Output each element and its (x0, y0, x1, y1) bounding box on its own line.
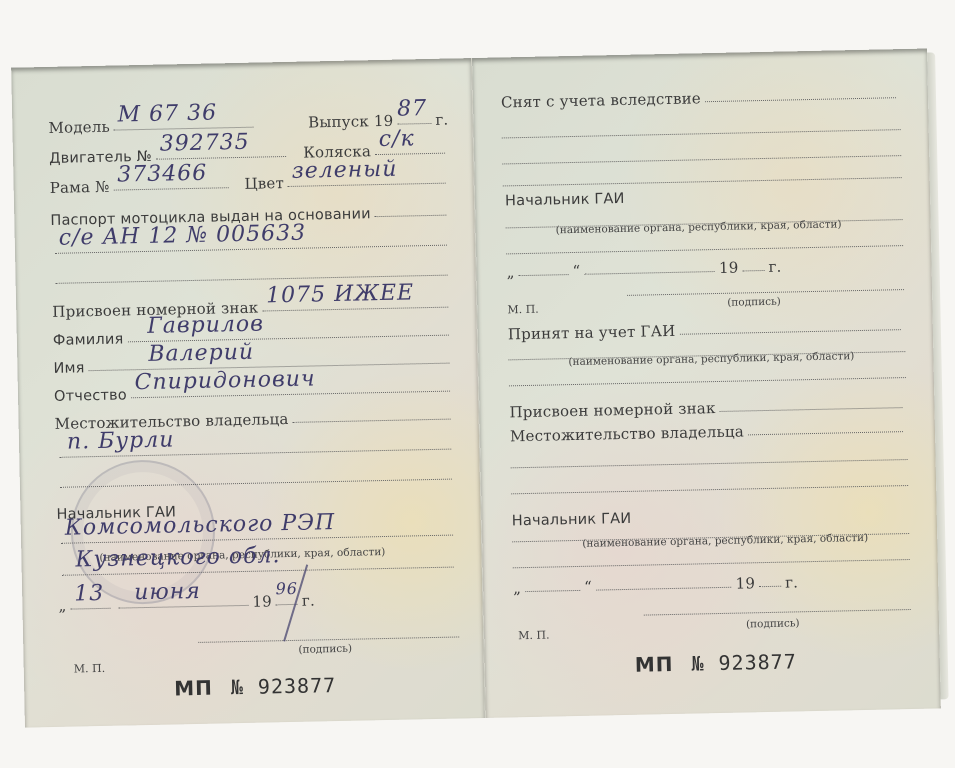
serial-series: МП (635, 652, 674, 677)
day-field (525, 590, 580, 592)
plate-field: 1075 ИЖЕЕ (262, 307, 448, 312)
date-open-quote: „ (58, 597, 66, 615)
org-caption-1: (наименование органа, республики, края, … (556, 218, 842, 236)
left-page: Модель M 67 36 Выпуск 19 87 г. Двигатель… (11, 58, 486, 728)
month-field (584, 271, 715, 275)
date-row-1: „ “ 19 г. (506, 252, 781, 282)
gai-org-line (509, 377, 906, 386)
gai-org-row-2: Кузнецкого обл. (57, 548, 457, 580)
org-caption-2: (наименование органа, республики, края, … (568, 350, 854, 368)
surname-value: Гаврилов (147, 311, 264, 338)
blank-line (502, 155, 901, 164)
gai-head-label-2: Начальник ГАИ (512, 511, 632, 530)
registered-label: Принят на учет ГАИ (508, 322, 676, 344)
issued-basis-field: с/е АН 12 № 005633 (55, 245, 447, 254)
date-year-value: 96 (275, 579, 298, 598)
year-prefix: 19 (252, 592, 272, 610)
signature-caption-1: (подпись) (727, 296, 781, 309)
year-value: 87 (397, 96, 428, 122)
color-label: Цвет (244, 174, 284, 193)
right-page: Снят с учета вследствие Начальник ГАИ (н… (472, 49, 941, 718)
year-field (743, 270, 765, 271)
day-field (519, 274, 569, 276)
gai-head-row-1: Начальник ГАИ (505, 177, 902, 209)
motorcycle-passport: Модель M 67 36 Выпуск 19 87 г. Двигатель… (11, 48, 947, 727)
blank-line (511, 485, 908, 494)
blank-line (502, 129, 901, 138)
deregistered-label: Снят с учета вследствие (501, 89, 701, 111)
gai-head-row-2: Начальник ГАИ (511, 497, 908, 529)
first-name-label: Имя (53, 360, 84, 377)
color-value: зеленый (291, 157, 397, 184)
residence-value-row: п. Бурли (55, 431, 455, 463)
serial-num-sign: № (231, 675, 245, 699)
frame-label: Рама № (50, 178, 110, 197)
residence-field (748, 431, 903, 435)
date-suffix: г. (785, 573, 798, 591)
sidecar-field: с/к (375, 153, 445, 155)
gai-org-field-2: Кузнецкого обл. (62, 567, 454, 576)
mp-label-2: М. П. (518, 629, 550, 643)
gai-org-value-2: Кузнецкого обл. (75, 543, 281, 572)
gai-org-value-1: Комсомольского РЭП (65, 510, 336, 541)
blank-line (511, 459, 908, 468)
serial-number: МП№923877 (174, 673, 336, 700)
day-value: 13 (74, 581, 105, 607)
day-field: 13 (71, 608, 111, 610)
date-close-quote: “ (572, 262, 580, 280)
gai-org-field-1: Комсомольского РЭП (61, 535, 453, 544)
month-value: июня (134, 579, 201, 605)
year-prefix: 19 (719, 259, 739, 277)
date-suffix: г. (768, 258, 781, 276)
model-value: M 67 36 (117, 100, 217, 127)
deregistered-row: Снят с учета вследствие (501, 79, 900, 111)
year-field: 87 (397, 123, 431, 125)
serial-value: 923877 (258, 673, 337, 699)
model-label: Модель (48, 118, 110, 137)
frame-value: 373466 (117, 161, 207, 188)
serial-series: МП (174, 676, 213, 701)
date-open-quote: „ (513, 579, 521, 597)
sidecar-value: с/к (379, 126, 415, 152)
residence-field: п. Бурли (59, 449, 451, 458)
patronymic-value: Спиридонович (134, 366, 315, 395)
mp-label: М. П. (74, 662, 106, 676)
first-name-value: Валерий (148, 340, 254, 367)
patronymic-label: Отчество (54, 387, 127, 405)
residence-label: Местожительство владельца (510, 422, 744, 445)
signature-caption-2: (подпись) (746, 617, 800, 630)
issued-basis-dots (375, 215, 447, 217)
gai-org-line (513, 559, 910, 568)
issued-basis-value: с/е АН 12 № 005633 (59, 221, 307, 251)
date-row-2: „ “ 19 г. (513, 567, 798, 597)
patronymic-row: Отчество Спиридонович (54, 373, 454, 405)
gai-head-label-1: Начальник ГАИ (505, 191, 625, 210)
serial-number: МП№923877 (635, 649, 797, 676)
org-caption-3: (наименование органа, республики, края, … (582, 532, 868, 550)
month-field (596, 587, 732, 591)
blank-line (60, 479, 452, 488)
residence-dots (293, 419, 451, 423)
registered-field (679, 329, 900, 335)
mp-label-1: М. П. (507, 303, 539, 317)
plate-value: 1075 ИЖЕЕ (266, 280, 415, 308)
issued-basis-value-row: с/е АН 12 № 005633 (51, 227, 451, 259)
date-open-quote: „ (506, 263, 514, 281)
signature-line-2 (644, 609, 911, 616)
year-prefix: 19 (735, 574, 755, 592)
date-close-quote: “ (584, 578, 592, 596)
serial-num-sign: № (691, 651, 705, 675)
plate-field (720, 407, 903, 412)
residence-value: п. Бурли (67, 427, 175, 454)
deregistered-field (705, 97, 896, 102)
frame-row: Рама № 373466 Цвет зеленый (49, 165, 449, 197)
registered-row: Принят на учет ГАИ (508, 311, 905, 343)
surname-label: Фамилия (53, 331, 124, 348)
engine-value: 392735 (159, 130, 249, 157)
patronymic-field: Спиридонович (131, 391, 450, 399)
year-field (759, 586, 781, 587)
engine-field: 392735 (156, 156, 286, 160)
signature-line-1 (627, 289, 904, 296)
serial-value: 923877 (718, 649, 797, 675)
year-suffix: г. (435, 111, 448, 129)
color-field: зеленый (288, 183, 446, 187)
frame-field: 373466 (114, 187, 229, 190)
month-field: июня (119, 605, 249, 609)
